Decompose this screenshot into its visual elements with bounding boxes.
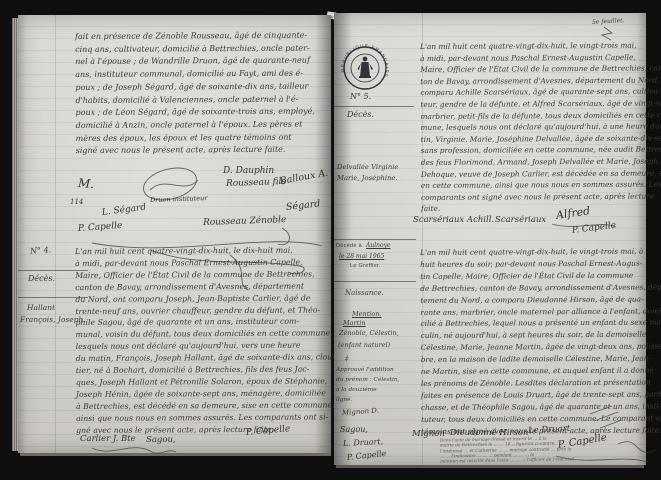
signature: L. Druart, (343, 437, 384, 448)
register-scan: fait en présence de Zénoble Rousseau, âg… (0, 0, 661, 480)
margin-rule (334, 106, 414, 107)
page-bottom-edge (336, 465, 644, 468)
signature: Mignon D. (342, 406, 379, 417)
signature: Scarsériaux Achill. (413, 215, 494, 225)
handwritten-line: à Bettrechies, est décédé en sa demeure,… (76, 399, 330, 412)
handwritten-line: mères des époux, les époux et les quatre… (76, 131, 330, 145)
margin-note: ligne. (336, 397, 352, 403)
margin-note: (enfant naturel) (338, 341, 390, 349)
handwritten-line: tement du Nord, a comparu Dieudonné Hirs… (420, 293, 642, 306)
signature: Sagou, (146, 435, 176, 445)
stamp-text: RÉPUBLIQUE FRANÇAISE (340, 43, 390, 78)
margin-act-number: N° 5. (350, 92, 371, 101)
margin-note: Approuvé l'addition (336, 367, 394, 373)
death-mention-stamp-label: Décédé à (336, 243, 362, 249)
signature: Carlier J. Bte (80, 434, 136, 444)
left-page: fait en présence de Zénoble Rousseau, âg… (18, 15, 331, 453)
handwritten-line: ainsi que nous nous en sommes assurés. L… (76, 411, 330, 424)
margin-name: Delvallée Virginie (337, 163, 398, 171)
handwritten-line: de Bettrechies, canton de Bavay, arrondi… (420, 281, 642, 294)
handwritten-line: domicilié à Anzin, oncle paternel à l'ép… (76, 118, 330, 132)
signature: Scarsériaux (495, 215, 546, 225)
signature: M. (78, 176, 95, 191)
folio-number-note: 5e feuillet. (592, 17, 625, 26)
margin-name: Hallant (27, 303, 55, 312)
svg-text:RÉPUBLIQUE FRANÇAISE: RÉPUBLIQUE FRANÇAISE (340, 43, 390, 78)
signature: D. Dauphin (223, 166, 274, 176)
margin-mark: ‡ (345, 355, 349, 363)
marianne-figure (358, 57, 374, 78)
signature: P. Capelle (347, 449, 387, 462)
bottom-marginal-mention: Dans l'acte de mariage dressé et inscrit… (440, 435, 620, 465)
handwritten-line: des feus Florimond, Armand, Joseph Delva… (421, 156, 643, 169)
signature: P. Capelle (78, 221, 123, 234)
handwritten-line: chasse, et de Théophile Sagou, âgé de qu… (421, 400, 643, 413)
handwritten-line: poux ; de Joseph Ségard, âgé de soixante… (75, 80, 329, 94)
signature: Rousseau fils (226, 177, 286, 189)
death-mention-date: le 28 mai 1965 (339, 253, 384, 260)
handwritten-line: signé avec nous le présent acte, après l… (76, 144, 330, 158)
birth-act-text: L'an mil huit cent quatre-vingt-dix-huit… (420, 246, 643, 438)
fold-crease (55, 15, 56, 453)
margin-note: à la douzième (336, 387, 377, 393)
death-act-text: L'an mil huit cent quatre-vingt-dix-huit… (420, 40, 643, 215)
handwritten-line: teur, gendre de la défunte, et Alfred Sc… (420, 98, 642, 111)
handwritten-line: faite. (421, 202, 643, 215)
margin-act-type: Naissance. (345, 289, 384, 297)
handwritten-line: mune, lesquels nous ont déclaré qu'aujou… (420, 121, 642, 134)
page-bottom-edge (20, 453, 331, 456)
handwritten-line: fait en présence de Zénoble Rousseau, âg… (75, 29, 329, 43)
handwritten-line: en cette commune, ainsi que nous nous en… (421, 179, 643, 192)
margin-rule (334, 281, 416, 282)
signature: Ségard (285, 198, 320, 213)
death-mention-place: Aulnoye (366, 242, 391, 249)
handwritten-line: canton de Bavay, arrondissement d'Avesne… (75, 280, 329, 293)
signature: Sagou, (340, 425, 368, 434)
margin-act-type: Décès. (28, 274, 55, 283)
handwritten-line: tuteur, tous deux domiciliés en cette co… (421, 412, 643, 425)
margin-name: Marie, Joséphine. (337, 174, 398, 182)
margin-numeral: 114 (70, 198, 83, 206)
handwritten-line: L'an mil huit cent quatre-vingt-dix-huit… (420, 40, 642, 53)
republique-francaise-stamp: RÉPUBLIQUE FRANÇAISE (340, 43, 390, 93)
signature: P. Capelle (571, 221, 616, 236)
signature: Mignon (412, 429, 445, 439)
margin-rule (334, 239, 416, 240)
signature: L. Ségard (101, 203, 146, 218)
handwritten-line: du Nord, ont comparu Joseph, Jean-Baptis… (75, 292, 329, 305)
handwritten-line: huit heures du soir, par-devant nous Pas… (420, 258, 642, 271)
death-mention-stamp-label: Le Greffier. (350, 263, 381, 269)
handwritten-line: faites en présence de Louis Druart, âgé … (421, 389, 643, 402)
margin-note: du prénom : Célestin, (336, 377, 399, 383)
signature: Druon instituteur (150, 194, 208, 204)
margin-mention-title: Mention. (352, 310, 382, 318)
margin-act-type: Décès. (347, 110, 374, 119)
handwritten-line: tin Capelle, Maire, Officier de l'État C… (420, 269, 642, 282)
death-act-text: L'an mil huit cent quatre-vingt-dix-huit… (75, 244, 330, 436)
margin-act-number: N° 4. (30, 245, 52, 255)
margin-name: Zénoble, Célestin, (339, 329, 399, 337)
right-page: 5e feuillet. RÉPUBLIQUE FRANÇAISE N° 5. … (334, 13, 646, 465)
margin-name: Martin (343, 319, 366, 327)
signature: Rousseau Zénoble (203, 215, 287, 228)
signature: Balloux A. (279, 168, 329, 187)
handwritten-line: comparants ont signé avec nous le présen… (421, 190, 643, 203)
marriage-act-text: fait en présence de Zénoble Rousseau, âg… (75, 29, 330, 158)
